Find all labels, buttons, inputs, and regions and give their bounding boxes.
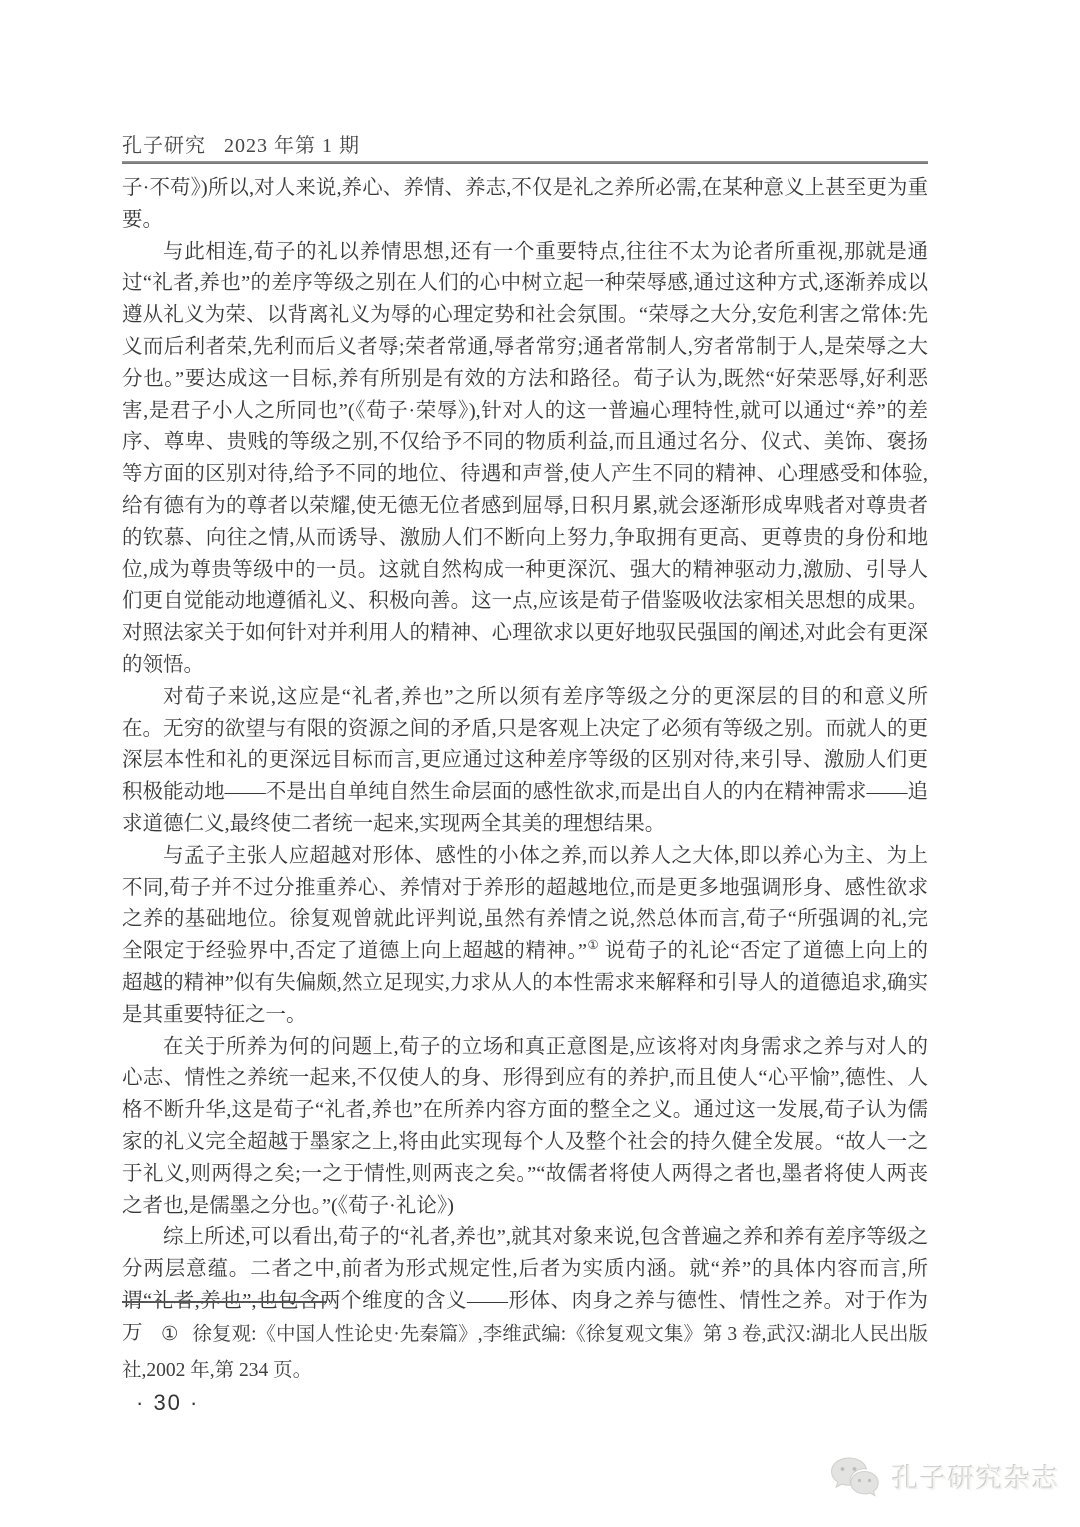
watermark-label: 孔子研究杂志: [892, 1457, 1060, 1496]
page-number: · 30 ·: [136, 1390, 199, 1416]
footnote-marker: ①: [161, 1324, 179, 1345]
body-paragraph-5: 在关于所养为何的问题上,荀子的立场和真正意图是,应该将对肉身需求之养与对人的心志…: [122, 1032, 928, 1223]
running-header: 孔子研究 2023 年第 1 期: [122, 129, 928, 158]
journal-page: 孔子研究 2023 年第 1 期 子·不苟》)所以,对人来说,养心、养情、养志,…: [0, 0, 1080, 1527]
journal-title: 孔子研究: [122, 129, 206, 158]
article-body: 子·不苟》)所以,对人来说,养心、养情、养志,不仅是礼之养所必需,在某种意义上甚…: [122, 173, 928, 1349]
body-paragraph-2: 与此相连,荀子的礼以养情思想,还有一个重要特点,往往不太为论者所重视,那就是通过…: [122, 237, 928, 682]
footnote-separator: [122, 1301, 327, 1303]
footnote-text: 徐复观:《中国人性论史·先秦篇》,李维武编:《徐复观文集》第 3 卷,武汉:湖北…: [122, 1324, 928, 1381]
footnote-reference: ①: [587, 938, 599, 952]
watermark: 孔子研究杂志: [828, 1455, 1060, 1497]
wechat-icon: [828, 1455, 882, 1497]
issue-label: 2023 年第 1 期: [224, 129, 360, 158]
footnote: ①徐复观:《中国人性论史·先秦篇》,李维武编:《徐复观文集》第 3 卷,武汉:湖…: [122, 1317, 928, 1389]
body-paragraph-1: 子·不苟》)所以,对人来说,养心、养情、养志,不仅是礼之养所必需,在某种意义上甚…: [122, 173, 928, 237]
header-rule: [122, 161, 928, 164]
body-paragraph-3: 对荀子来说,这应是“礼者,养也”之所以须有差序等级之分的更深层的目的和意义所在。…: [122, 682, 928, 841]
body-paragraph-4: 与孟子主张人应超越对形体、感性的小体之养,而以养人之大体,即以养心为主、为上不同…: [122, 841, 928, 1032]
